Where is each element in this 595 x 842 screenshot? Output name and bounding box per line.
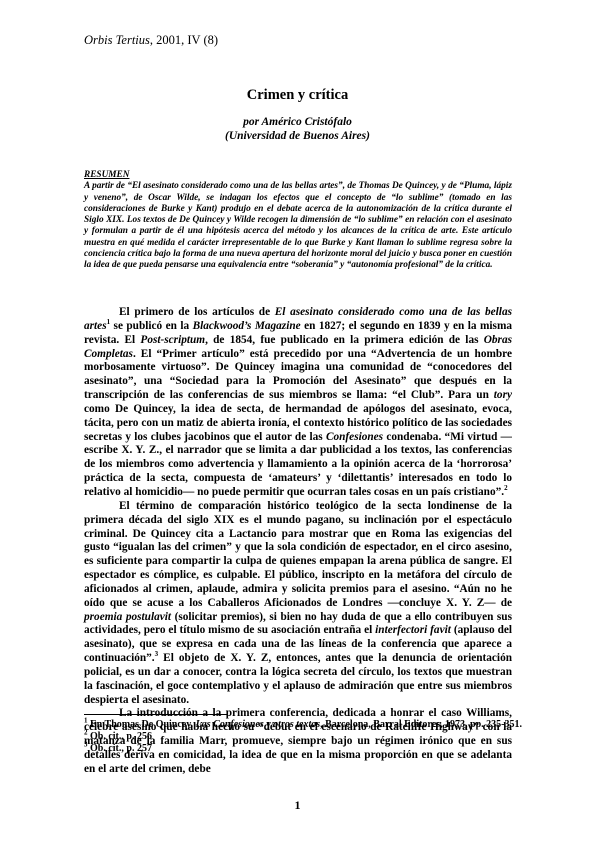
footnote-3: 3 Ob. cit., p. 257 [84, 743, 524, 755]
italic-text: proemia postulavit [84, 611, 171, 623]
text: se publicó en la [110, 320, 192, 332]
text: . El “Primer artículo” está precedido po… [84, 348, 512, 402]
italic-text: Confesiones [326, 431, 383, 443]
body-text: El primero de los artículos de El asesin… [84, 306, 512, 777]
text: Ob. cit., p. 256 [88, 731, 152, 742]
footnote-divider [84, 714, 228, 715]
italic-text: Las Confesiones y otros textos [196, 719, 320, 730]
abstract-text: A partir de “El asesinato considerado co… [84, 181, 512, 270]
text: , de 1854, fue publicado en la primera e… [205, 334, 484, 346]
page-number: 1 [0, 798, 595, 813]
footnote-1: 1 En Thomas De Quincey. Las Confesiones … [84, 719, 524, 731]
abstract: RESUMEN A partir de “El asesinato consid… [84, 170, 512, 272]
author-affiliation: (Universidad de Buenos Aires) [0, 129, 595, 143]
author-name: por Américo Cristófalo [0, 115, 595, 129]
journal-name: Orbis Tertius [84, 33, 150, 47]
document-page: Orbis Tertius, 2001, IV (8) Crimen y crí… [0, 0, 595, 842]
italic-text: Blackwood’s Magazine [193, 320, 301, 332]
text: El término de comparación histórico teol… [84, 500, 512, 609]
italic-text: tory [494, 389, 512, 401]
footnote-2: 2 Ob. cit., p. 256 [84, 731, 524, 743]
journal-issue: , 2001, IV (8) [150, 33, 218, 47]
text: En Thomas De Quincey. [88, 719, 196, 730]
article-title: Crimen y crítica [0, 87, 595, 104]
footnote-ref-2[interactable]: 2 [504, 484, 508, 492]
paragraph-2: El término de comparación histórico teol… [84, 500, 512, 708]
journal-header: Orbis Tertius, 2001, IV (8) [84, 33, 218, 48]
abstract-heading: RESUMEN [84, 170, 512, 181]
footnotes: 1 En Thomas De Quincey. Las Confesiones … [84, 719, 524, 755]
italic-text: interfectori favit [375, 624, 451, 636]
paragraph-1: El primero de los artículos de El asesin… [84, 306, 512, 500]
text: El primero de los artículos de [119, 306, 275, 318]
author-block: por Américo Cristófalo (Universidad de B… [0, 115, 595, 143]
text: Ob. cit., p. 257 [88, 743, 152, 754]
text: , Barcelona, Barral Editores, 1973, pp. … [320, 719, 522, 730]
italic-text: Post-scriptum [140, 334, 205, 346]
